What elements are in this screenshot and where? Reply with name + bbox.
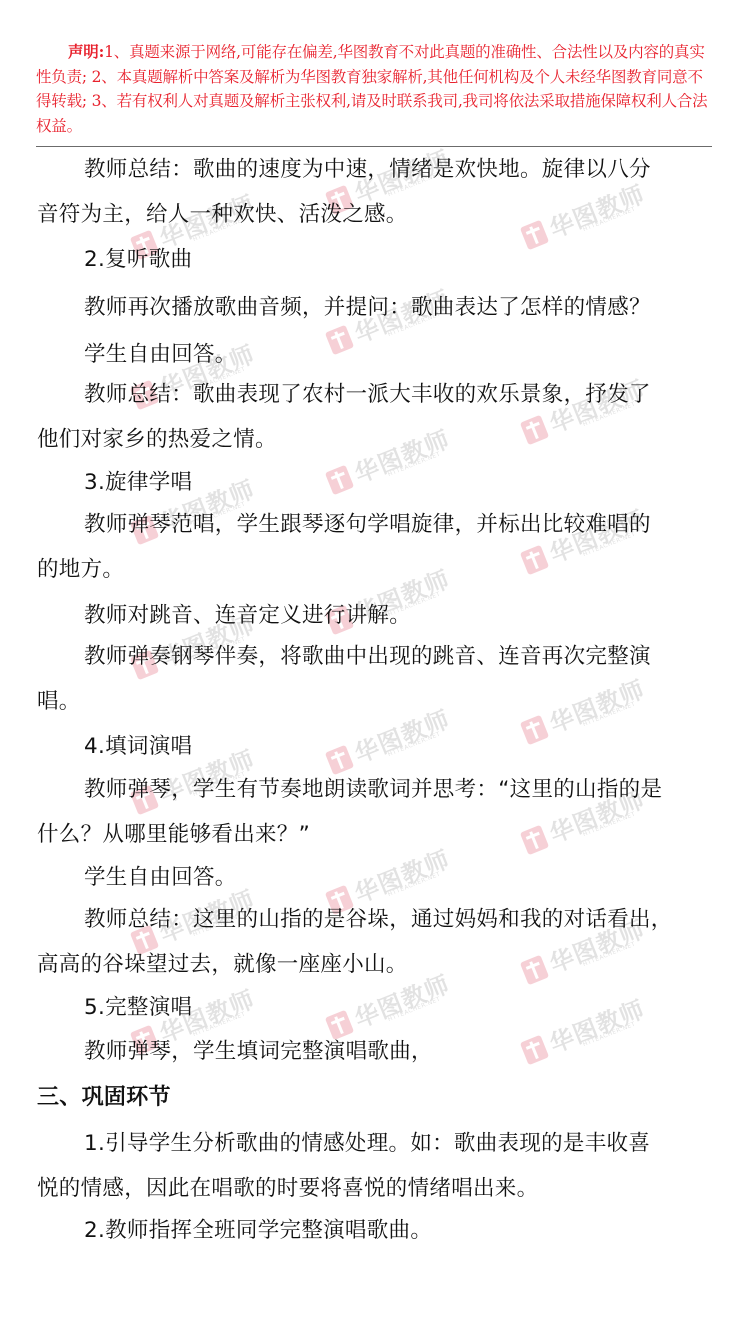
text-line: 教师弹琴范唱，学生跟琴逐句学唱旋律，并标出比较难唱的 — [37, 507, 651, 542]
watermark-text: 华图教师 — [544, 989, 650, 1059]
text-line: 高高的谷垛望过去，就像一座座小山。 — [37, 947, 673, 982]
watermark-badge-icon — [520, 715, 549, 745]
paragraph-replay: 教师再次播放歌曲音频，并提问：歌曲表达了怎样的情感？ — [84, 290, 651, 325]
paragraph-full-sing: 教师弹琴，学生填词完整演唱歌曲， — [84, 1034, 433, 1069]
text-line: 的地方。 — [37, 552, 651, 587]
watermark-badge-icon — [325, 325, 354, 355]
text-line: 教师总结：歌曲的速度为中速，情绪是欢快地。旋律以八分 — [37, 152, 651, 187]
watermark-badge-icon — [520, 1035, 549, 1065]
paragraph-summary-2: 教师总结：歌曲表现了农村一派大丰收的欢乐景象，抒发了 他们对家乡的热爱之情。 — [37, 377, 651, 457]
disclaimer-label: 声明: — [68, 42, 104, 61]
disclaimer: 声明:1、真题来源于网络,可能存在偏差,华图教育不对此真题的准确性、合法性以及内… — [36, 40, 712, 138]
watermark-badge-icon — [325, 465, 354, 495]
paragraph-consolidate-2: 2.教师指挥全班同学完整演唱歌曲。 — [84, 1213, 432, 1248]
text-line: 唱。 — [37, 684, 651, 719]
text-line: 教师弹琴，学生有节奏地朗读歌词并思考：“这里的山指的是 — [37, 772, 662, 807]
text-line: 教师弹奏钢琴伴奏，将歌曲中出现的跳音、连音再次完整演 — [37, 639, 651, 674]
text-line: 音符为主，给人一种欢快、活泼之感。 — [37, 197, 651, 232]
paragraph-accompany: 教师弹奏钢琴伴奏，将歌曲中出现的跳音、连音再次完整演 唱。 — [37, 639, 651, 719]
disclaimer-text: 1、真题来源于网络,可能存在偏差,华图教育不对此真题的准确性、合法性以及内容的真… — [36, 43, 707, 135]
text-line: 教师总结：歌曲表现了农村一派大丰收的欢乐景象，抒发了 — [37, 377, 651, 412]
paragraph-explain: 教师对跳音、连音定义进行讲解。 — [84, 598, 411, 633]
watermark-subtext: HTTEACHER.NET — [582, 1021, 637, 1049]
text-line: 他们对家乡的热爱之情。 — [37, 422, 651, 457]
text-line: 什么？从哪里能够看出来？” — [37, 817, 662, 852]
section-heading: 三、巩固环节 — [37, 1080, 171, 1115]
paragraph-consolidate-1: 1.引导学生分析歌曲的情感处理。如：歌曲表现的是丰收喜 悦的情感，因此在唱歌的时… — [37, 1126, 650, 1206]
watermark-subtext: HTTEACHER.NET — [387, 871, 442, 899]
text-line: 悦的情感，因此在唱歌的时要将喜悦的情绪唱出来。 — [37, 1171, 650, 1206]
text-line: 教师总结：这里的山指的是谷垛，通过妈妈和我的对话看出， — [37, 902, 673, 937]
paragraph-summary-3: 教师总结：这里的山指的是谷垛，通过妈妈和我的对话看出， 高高的谷垛望过去，就像一… — [37, 902, 673, 982]
header-divider — [36, 146, 712, 147]
paragraph-melody: 教师弹琴范唱，学生跟琴逐句学唱旋律，并标出比较难唱的 的地方。 — [37, 507, 651, 587]
step-heading-5: 5.完整演唱 — [84, 990, 192, 1025]
paragraph-answer-1: 学生自由回答。 — [84, 337, 237, 372]
watermark-subtext: HTTEACHER.NET — [387, 731, 442, 759]
step-heading-4: 4.填词演唱 — [84, 729, 192, 764]
paragraph-summary-1: 教师总结：歌曲的速度为中速，情绪是欢快地。旋律以八分 音符为主，给人一种欢快、活… — [37, 152, 651, 232]
step-heading-2: 2.复听歌曲 — [84, 242, 192, 277]
watermark-logo-icon: 华图教师HTTEACHER.NET — [516, 990, 642, 1075]
watermark-subtext: HTTEACHER.NET — [387, 996, 442, 1024]
paragraph-lyrics: 教师弹琴，学生有节奏地朗读歌词并思考：“这里的山指的是 什么？从哪里能够看出来？… — [37, 772, 662, 852]
step-heading-3: 3.旋律学唱 — [84, 465, 192, 500]
text-line: 1.引导学生分析歌曲的情感处理。如：歌曲表现的是丰收喜 — [37, 1126, 650, 1161]
paragraph-answer-2: 学生自由回答。 — [84, 860, 237, 895]
watermark-badge-icon — [325, 745, 354, 775]
